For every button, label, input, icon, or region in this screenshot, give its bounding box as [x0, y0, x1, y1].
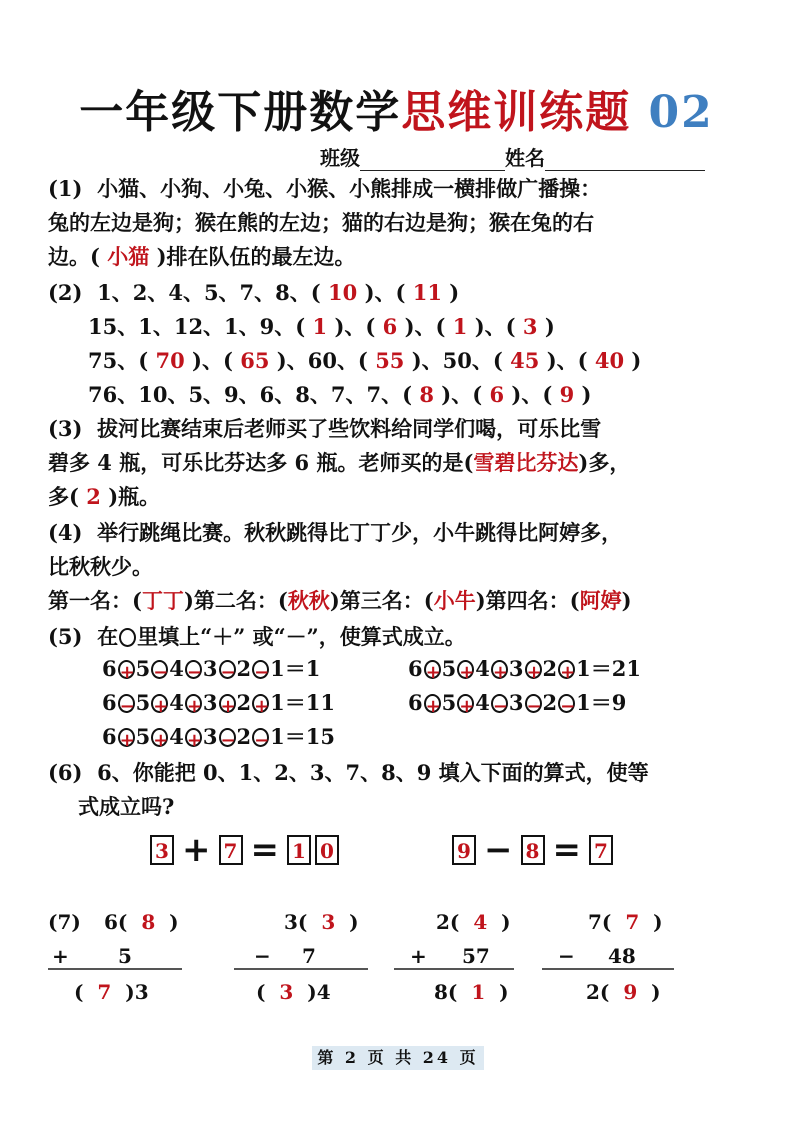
minus-circle-icon: − [118, 694, 135, 713]
q7-p1-op: + [52, 944, 69, 968]
minus-circle-icon: − [491, 694, 508, 713]
rank-answer: 秋秋 [288, 588, 330, 613]
q5-equation-2: 6+5+4+3+2+1＝21 [408, 652, 641, 686]
q3-line3: 多( 2 )瓶。 [48, 480, 160, 514]
q2-answer: 6 [383, 314, 398, 339]
q5-text: 里填上“＋” 或“－”，使算式成立。 [137, 624, 466, 649]
page-footer: 第 2 页 共 24 页 [312, 1046, 484, 1070]
q7-p1-second: 5 [118, 944, 132, 968]
q7-p4-line [542, 968, 674, 970]
q2-answer: 3 [523, 314, 538, 339]
student-info: 班级姓名 [320, 142, 705, 171]
q6-equation-2: 9−8=7 [452, 830, 613, 870]
q3-text: 多( [48, 484, 79, 509]
q1-number: (1) [48, 176, 82, 201]
q7-p2-second: 7 [302, 944, 316, 968]
name-field[interactable] [545, 150, 705, 171]
q4-line2: 比秋秋少。 [48, 550, 153, 584]
q2-given: 15、1、12、1、9、 [88, 314, 295, 339]
minus-sign: − [484, 830, 513, 870]
plus-circle-icon: + [151, 694, 168, 713]
q5-text: 在 [97, 624, 118, 649]
q3-line1: (3) 拔河比赛结束后老师买了些饮料给同学们喝，可乐比雪 [48, 412, 601, 446]
q7-p4-second: 48 [608, 944, 636, 968]
q6-line1: (6) 6、你能把 0、1、2、3、7、8、9 填入下面的算式，使等 [48, 756, 649, 790]
title-main: 一年级下册数学 [79, 87, 401, 138]
q7-p3-top: 2( 4 ) [436, 910, 511, 934]
q2-number: (2) [48, 280, 82, 305]
plus-sign: + [182, 830, 211, 870]
q3-answer-1: 雪碧比芬达 [473, 450, 578, 475]
q4-line1: (4) 举行跳绳比赛。秋秋跳得比丁丁少，小牛跳得比阿婷多， [48, 516, 622, 550]
q2-answer: 8 [419, 382, 434, 407]
answer-box: 8 [521, 835, 545, 865]
q7-number: (7) [48, 910, 81, 934]
q3-number: (3) [48, 416, 82, 441]
q2-answer: 45 [510, 348, 539, 373]
q1-line1: (1) 小猫、小狗、小兔、小猴、小熊排成一横排做广播操： [48, 172, 601, 206]
q3-text: )瓶。 [108, 484, 160, 509]
rank-label: 第一名：( [48, 588, 142, 613]
answer-box: 9 [452, 835, 476, 865]
minus-circle-icon: − [219, 728, 236, 747]
rank-answer: 丁丁 [142, 588, 184, 613]
equals-sign: = [553, 830, 582, 870]
q7-p4-top: 7( 7 ) [588, 910, 663, 934]
q2-given: 60 [308, 348, 337, 373]
q7-p3-line [394, 968, 514, 970]
class-field[interactable] [360, 150, 505, 171]
plus-circle-icon: + [151, 728, 168, 747]
rank-close: ) [622, 588, 632, 613]
q3-line2: 碧多 4 瓶，可乐比芬达多 6 瓶。老师买的是(雪碧比芬达)多， [48, 446, 630, 480]
q7-p1-top: 6( 8 ) [104, 910, 179, 934]
q7-p2-bottom: ( 3 )4 [256, 980, 331, 1004]
plus-circle-icon: + [424, 694, 441, 713]
plus-circle-icon: + [252, 694, 269, 713]
circle-icon [119, 628, 136, 647]
q1-line2: 兔的左边是狗；猴在熊的左边；猫的右边是狗；猴在兔的右 [48, 206, 594, 240]
plus-circle-icon: + [219, 694, 236, 713]
q6-equation-1: 3+7=10 [150, 830, 339, 870]
q5-equation-3: 6−5+4+3+2+1＝11 [102, 686, 335, 720]
q5-equation-5: 6+5+4+3−2−1＝15 [102, 720, 335, 754]
plus-circle-icon: + [424, 660, 441, 679]
minus-circle-icon: − [252, 660, 269, 679]
q3-text: 碧多 4 瓶，可乐比芬达多 6 瓶。老师买的是( [48, 450, 473, 475]
equals-sign: = [251, 830, 280, 870]
page-title: 一年级下册数学思维训练题 02 [0, 76, 793, 140]
plus-circle-icon: + [457, 660, 474, 679]
plus-circle-icon: + [118, 728, 135, 747]
q6-text: 6、你能把 0、1、2、3、7、8、9 填入下面的算式，使等 [97, 760, 649, 785]
q2-answer: 55 [375, 348, 404, 373]
answer-box: 1 [287, 835, 311, 865]
q7-p3-second: 57 [462, 944, 490, 968]
q2-answer: 65 [240, 348, 269, 373]
q2-given: 75、 [88, 348, 138, 373]
minus-circle-icon: − [219, 660, 236, 679]
q1-text: 小猫、小狗、小兔、小猴、小熊排成一横排做广播操： [97, 176, 601, 201]
q2-given: 76、10、5、9、6、8、7、7、 [88, 382, 402, 407]
q6-number: (6) [48, 760, 82, 785]
answer-box: 0 [315, 835, 339, 865]
equation-result: 9 [612, 690, 627, 715]
class-label: 班级 [320, 146, 360, 170]
q7-p2-op: − [254, 944, 271, 968]
minus-circle-icon: − [525, 694, 542, 713]
q7-p4-op: − [558, 944, 575, 968]
q3-text: 拔河比赛结束后老师买了些饮料给同学们喝，可乐比雪 [97, 416, 601, 441]
rank-answer: 小牛 [434, 588, 476, 613]
rank-label: )第三名：( [330, 588, 434, 613]
name-label: 姓名 [505, 146, 545, 170]
q2-row-1: (2) 1、2、4、5、7、8、( 10 )、( 11 ) [48, 276, 459, 310]
plus-circle-icon: + [525, 660, 542, 679]
q7-p3-bottom: 8( 1 ) [434, 980, 509, 1004]
q2-row-4: 76、10、5、9、6、8、7、7、( 8 )、( 6 )、( 9 ) [88, 378, 592, 412]
q4-ranks: 第一名：(丁丁)第二名：(秋秋)第三名：(小牛)第四名：(阿婷) [48, 584, 632, 618]
q5-equation-4: 6+5+4−3−2−1＝9 [408, 686, 626, 720]
minus-circle-icon: − [151, 660, 168, 679]
equation-result: 11 [306, 690, 335, 715]
q4-number: (4) [48, 520, 82, 545]
q5-number: (5) [48, 624, 82, 649]
equation-result: 21 [612, 656, 641, 681]
q2-answer: 6 [490, 382, 505, 407]
q2-answer: 1 [453, 314, 468, 339]
q2-answer: 11 [413, 280, 442, 305]
q2-row-3: 75、( 70 )、( 65 )、60、( 55 )、50、( 45 )、( 4… [88, 344, 641, 378]
plus-circle-icon: + [185, 728, 202, 747]
equation-result: 1 [306, 656, 321, 681]
title-highlight: 思维训练题 [401, 87, 631, 138]
q1-text-post: )排在队伍的最左边。 [157, 244, 356, 269]
plus-circle-icon: + [491, 660, 508, 679]
q1-answer: 小猫 [107, 244, 149, 269]
q2-answer: 1 [313, 314, 328, 339]
rank-label: )第二名：( [184, 588, 288, 613]
rank-answer: 阿婷 [580, 588, 622, 613]
answer-box: 7 [589, 835, 613, 865]
q2-answer: 40 [595, 348, 624, 373]
minus-circle-icon: − [558, 694, 575, 713]
q7-p4-bottom: 2( 9 ) [586, 980, 661, 1004]
answer-box: 3 [150, 835, 174, 865]
answer-box: 7 [219, 835, 243, 865]
q1-line3: 边。( 小猫 )排在队伍的最左边。 [48, 240, 356, 274]
q2-row-2: 15、1、12、1、9、( 1 )、( 6 )、( 1 )、( 3 ) [88, 310, 555, 344]
q5-equation-1: 6+5−4−3−2−1＝1 [102, 652, 320, 686]
q7-p1-line [48, 968, 182, 970]
q2-given: 50 [443, 348, 472, 373]
rank-label: )第四名：( [476, 588, 580, 613]
plus-circle-icon: + [118, 660, 135, 679]
minus-circle-icon: − [252, 728, 269, 747]
q7-p2-top: 3( 3 ) [284, 910, 359, 934]
q7-p2-line [234, 968, 368, 970]
q5-prompt: (5) 在里填上“＋” 或“－”，使算式成立。 [48, 620, 466, 654]
minus-circle-icon: − [185, 660, 202, 679]
plus-circle-icon: + [457, 694, 474, 713]
q4-text: 举行跳绳比赛。秋秋跳得比丁丁少，小牛跳得比阿婷多， [97, 520, 622, 545]
q7-p3-op: + [410, 944, 427, 968]
plus-circle-icon: + [558, 660, 575, 679]
q3-answer-2: 2 [86, 484, 101, 509]
title-number: 02 [649, 87, 714, 138]
plus-circle-icon: + [185, 694, 202, 713]
equation-result: 15 [306, 724, 335, 749]
q6-line2: 式成立吗? [78, 790, 174, 824]
q2-answer: 9 [560, 382, 575, 407]
q2-given: 1、2、4、5、7、8、 [97, 280, 311, 305]
q1-text-pre: 边。( [48, 244, 100, 269]
q2-answer: 10 [328, 280, 357, 305]
q7-p1-bottom: ( 7 )3 [74, 980, 149, 1004]
q3-text: )多， [578, 450, 630, 475]
q2-answer: 70 [155, 348, 184, 373]
